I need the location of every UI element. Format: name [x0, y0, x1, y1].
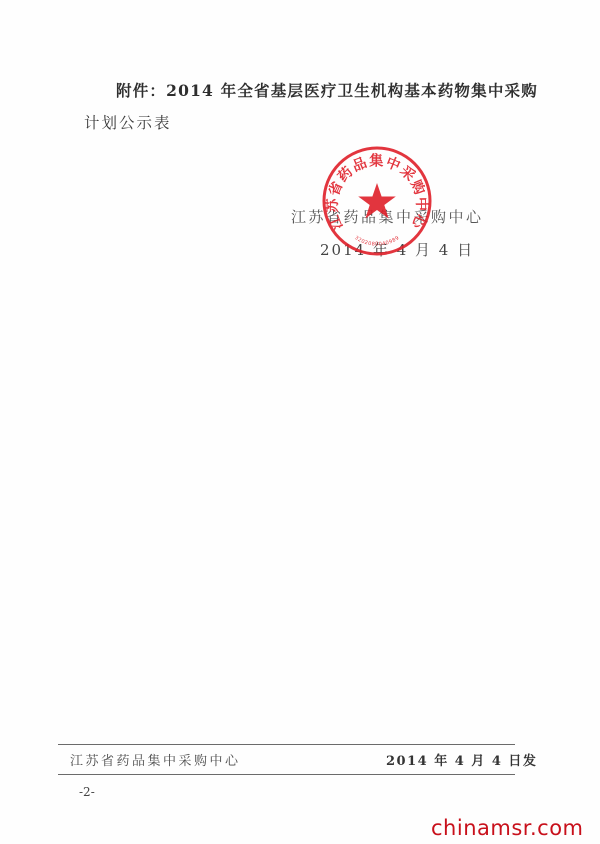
official-seal: 江苏省药品集中采购中心 3202080040989 [321, 145, 433, 257]
footer-bottom-rule [58, 774, 515, 775]
footer-top-rule [58, 744, 515, 745]
star-icon [358, 183, 396, 219]
footer-organization: 江苏省药品集中采购中心 [70, 750, 241, 769]
attachment-title-continued: 计划公示表 [84, 111, 172, 133]
footer-issued-date: 2014 年 4 月 4 日发 [386, 750, 537, 769]
site-watermark: chinamsr.com [431, 816, 584, 840]
attachment-title: 附件：2014 年全省基层医疗卫生机构基本药物集中采购 [116, 79, 538, 101]
svg-text:3202080040989: 3202080040989 [353, 235, 400, 248]
document-page: 附件：2014 年全省基层医疗卫生机构基本药物集中采购 计划公示表 江苏省药品集… [0, 0, 600, 844]
seal-serial-number: 3202080040989 [353, 235, 400, 248]
page-number: -2- [79, 785, 95, 799]
